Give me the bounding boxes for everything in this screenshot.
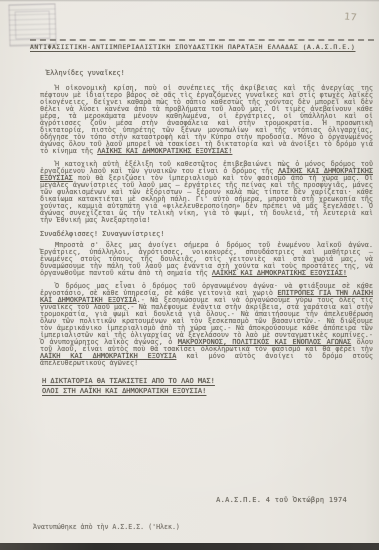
- scan-bottom-edge: [0, 543, 379, 550]
- slogan-line-1: Η ΔΙΚΤΑΤΟΡΙΑ ΘΑ ΤΣΑΚΙΣΤΕΙ ΑΠΟ ΤΟ ΛΑΟ ΜΑΣ…: [42, 376, 215, 386]
- stamp-inner-border: [15, 11, 51, 40]
- organization-masthead: ΑΝΤΙΦΑΣΙΣΤΙΚΗ-ΑΝΤΙΙΜΠΕΡΙΑΛΙΣΤΙΚΗ ΣΠΟΥΔΑΣ…: [30, 39, 374, 51]
- letter-body: Ἑλληνίδες γυναῖκες! Ἡ οἰκονομικὴ κρίση, …: [40, 69, 373, 396]
- slogan-line-2: ΟΛΟΙ ΣΤΗ ΛΑΪΚΗ ΚΑΙ ΔΗΜΟΚΡΑΤΙΚΗ ΕΞΟΥΣΙΑ!: [42, 386, 206, 396]
- scanned-leaflet-page: 17 ΑΝΤΙΦΑΣΙΣΤΙΚΗ-ΑΝΤΙΙΜΠΕΡΙΑΛΙΣΤΙΚΗ ΣΠΟΥ…: [0, 0, 379, 550]
- signature-date-line: Α.Α.Σ.Π.Ε. 4 τοῦ Ὀκτώβρη 1974: [0, 496, 347, 504]
- reprint-footnote: Ἀνατυπώθηκε ἀπὸ τὴν Α.Σ.Ε.Σ. ('Ηλεκ.): [33, 523, 180, 531]
- paragraph-3: Μπροστὰ σ' ὅλες μας ἀνοίγει σήμερα ὁ δρό…: [40, 242, 373, 277]
- scan-top-shadow: [0, 0, 379, 2]
- salutation: Ἑλληνίδες γυναῖκες!: [46, 69, 373, 77]
- paragraph-4: Ὁ δρόμος μας εἶναι ὁ δρόμος τοῦ ὀργανωμέ…: [40, 283, 373, 367]
- closing-slogans: Η ΔΙΚΤΑΤΟΡΙΑ ΘΑ ΤΣΑΚΙΣΤΕΙ ΑΠΟ ΤΟ ΛΑΟ ΜΑΣ…: [42, 376, 373, 396]
- page-number: 17: [344, 11, 358, 23]
- paragraph-1: Ἡ οἰκονομικὴ κρίση, ποὺ οἱ συνέπειες τῆς…: [40, 85, 373, 155]
- paragraph-1-text: Ἡ οἰκονομικὴ κρίση, ποὺ οἱ συνέπειες τῆς…: [40, 84, 373, 155]
- underlined-slogan-phrase: ΛΑΪΚΗΣ ΚΑΙ ΔΗΜΟΚΡΑΤΙΚΗΣ ΕΞΟΥΣΙΑΣ!: [212, 269, 347, 277]
- underlined-slogan-phrase: ΛΑΪΚΗΣ ΚΑΙ ΔΗΜΟΚΡΑΤΙΚΗΣ ΕΞΟΥΣΙΑΣ!: [97, 147, 232, 155]
- paragraph-2: Ἡ κατοχικὴ αὐτὴ ἐξέλιξη τοῦ καθεστῶτος ἐ…: [40, 161, 373, 224]
- paragraph-2-post: ποὺ θὰ ξεριζώσει τὸν ἰμπεριαλισμὸ καὶ τὸ…: [40, 174, 373, 224]
- salutation-2: Συναδέλφισσες! Συναγωνίστριες!: [40, 230, 373, 238]
- organization-name: ΑΝΤΙΦΑΣΙΣΤΙΚΗ-ΑΝΤΙΙΜΠΕΡΙΑΛΙΣΤΙΚΗ ΣΠΟΥΔΑΣ…: [30, 43, 374, 51]
